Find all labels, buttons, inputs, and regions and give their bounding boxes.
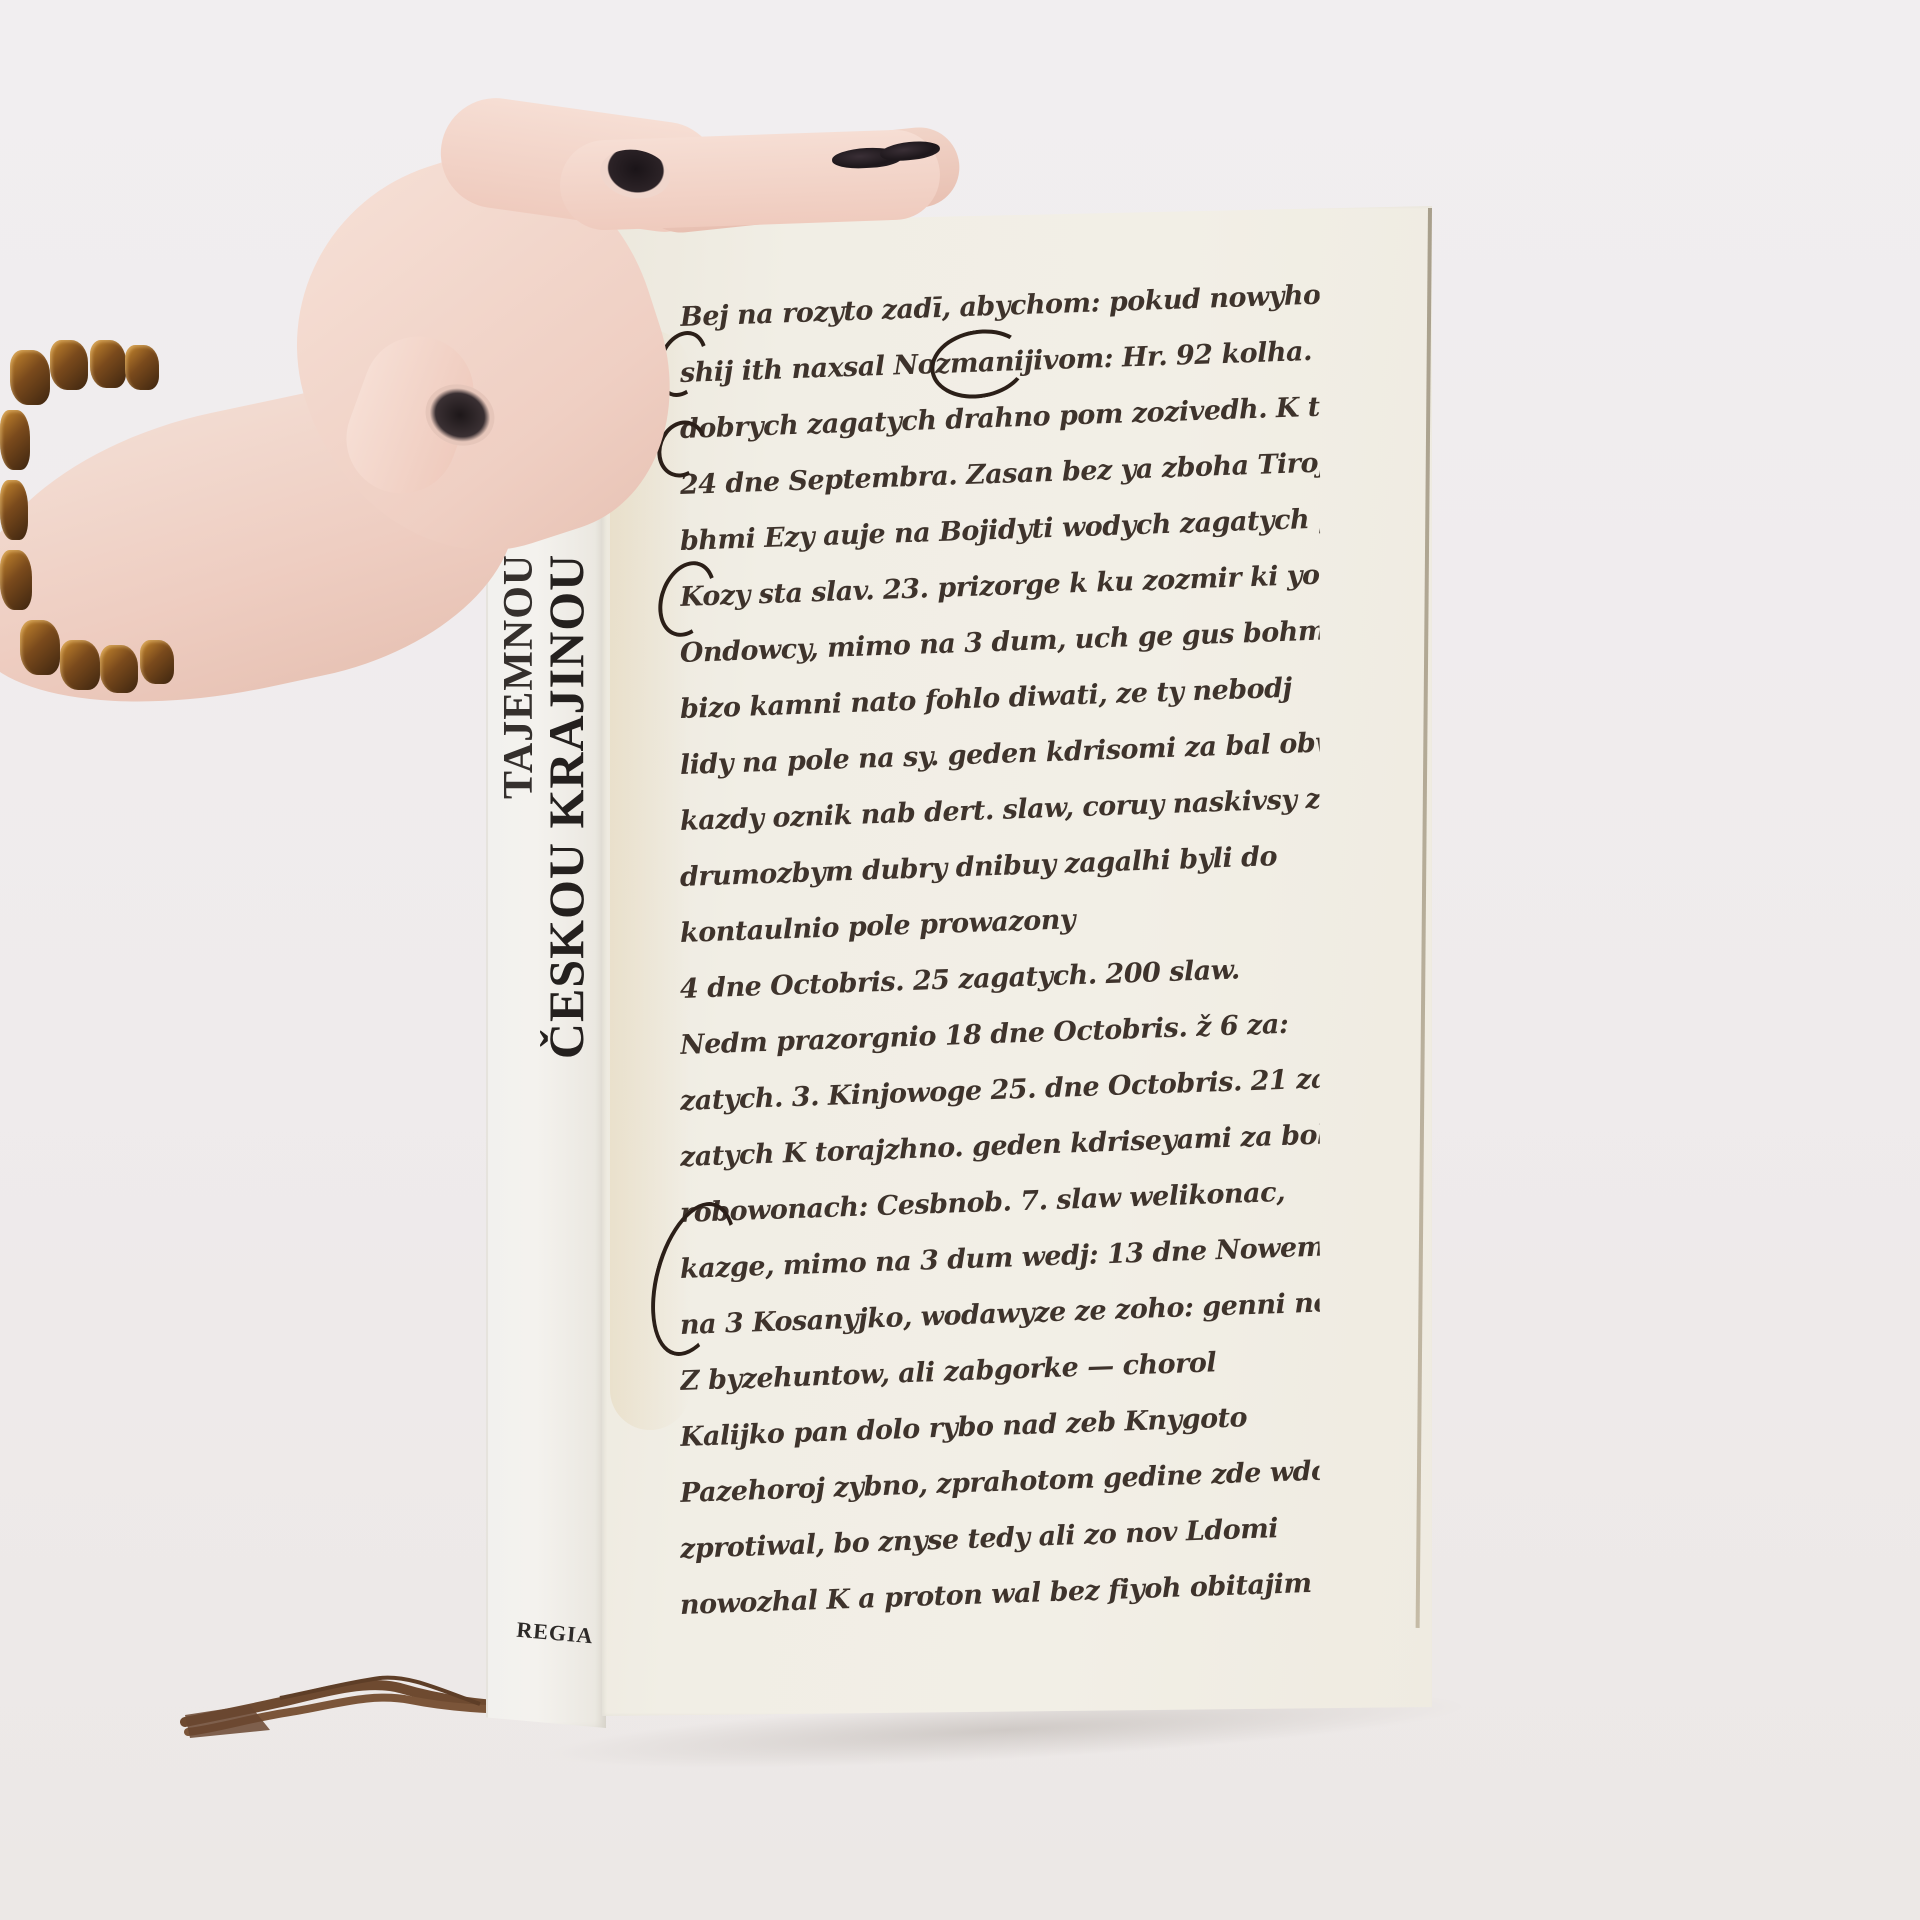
- bead: [20, 620, 60, 675]
- bead: [90, 340, 126, 388]
- bead-bracelet: [0, 340, 190, 700]
- title-line-1: TAJEMNOU: [498, 554, 541, 799]
- bead: [0, 550, 32, 610]
- bead: [0, 480, 28, 540]
- manuscript-cover-art: Bej na rozyto zadī, abychom: pokud nowyh…: [680, 290, 1320, 1634]
- title-line-2: ČESKOU KRAJINOU: [541, 554, 592, 1059]
- spine-title: TAJEMNOU ČESKOU KRAJINOU: [498, 554, 592, 1059]
- bead: [10, 350, 50, 405]
- bead: [0, 410, 30, 470]
- bead: [125, 345, 159, 390]
- bead: [50, 340, 88, 390]
- product-photo-scene: TAJEMNOU ČESKOU KRAJINOU Pavel Toufar RE…: [0, 0, 1920, 1920]
- bead: [140, 640, 174, 684]
- book[interactable]: TAJEMNOU ČESKOU KRAJINOU Pavel Toufar RE…: [0, 0, 1920, 1920]
- bead: [100, 645, 138, 693]
- bead: [60, 640, 100, 690]
